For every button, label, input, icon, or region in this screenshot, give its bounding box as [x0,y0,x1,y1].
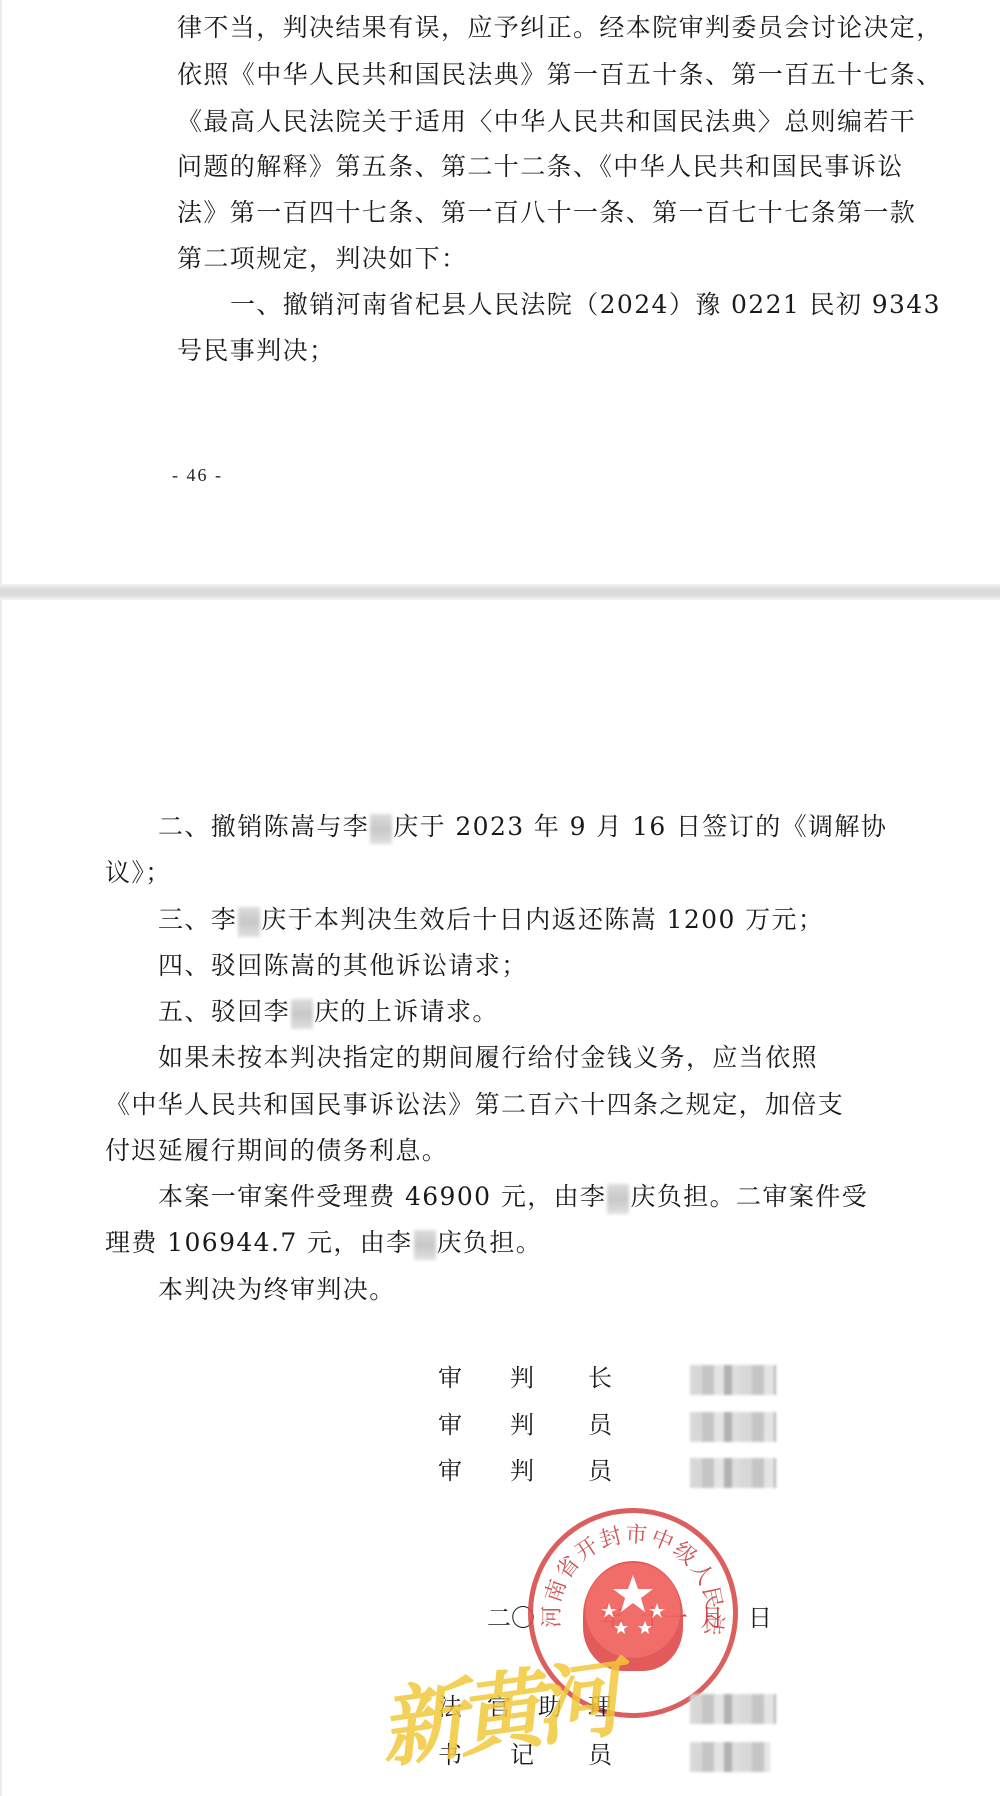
item-2-text-b: 庆于 2023 年 9 月 16 日签订的《调解协 [393,812,887,841]
text-line: 《最高人民法院关于适用〈中华人民共和国民法典〉总则编若干 [177,107,916,137]
redacted-signature-name [690,1742,770,1772]
fees-text-d: 庆负担。 [437,1228,543,1257]
redacted-name [291,999,313,1029]
redacted-signature-name [690,1458,776,1488]
title-char: 员 [588,1456,612,1486]
judgment-date: 二〇 年 十一 月 日 [0,1603,1000,1633]
seal-text: 河南省开封市中级人民法院 [533,1513,727,1638]
date-part: 日 [748,1603,772,1633]
title-char: 审 [438,1456,462,1486]
judgment-item-2-cont: 议》； [105,858,172,888]
title-char: 审 [438,1363,462,1393]
page-separator [0,584,1000,600]
judgment-item-4: 四、驳回陈嵩的其他诉讼请求； [158,951,528,981]
signature-judge-2: 审 判 员 [0,1456,1000,1486]
redacted-name [414,1230,436,1260]
svg-text:河南省开封市中级人民法院: 河南省开封市中级人民法院 [533,1513,727,1638]
fees-text-b: 庆负担。二审案件受 [630,1182,868,1211]
document-page-46: 律不当，判决结果有误，应予纠正。经本院审判委员会讨论决定， 依照《中华人民共和国… [0,0,1000,584]
redacted-signature-name [690,1412,776,1442]
judgment-item-2: 二、撤销陈嵩与李庆于 2023 年 9 月 16 日签订的《调解协 [158,812,887,844]
fees-text-c: 理费 106944.7 元，由李 [105,1228,413,1257]
redacted-name [607,1184,629,1214]
item-3-text-b: 庆于本判决生效后十日内返还陈嵩 1200 万元； [261,905,824,934]
final-judgment-statement: 本判决为终审判决。 [158,1275,396,1305]
item-3-text-a: 三、李 [158,905,237,934]
judgment-item-1-cont: 号民事判决； [177,336,335,366]
judgment-item-5: 五、驳回李庆的上诉请求。 [158,997,499,1029]
title-char: 长 [588,1363,612,1393]
text-line: 律不当，判决结果有误，应予纠正。经本院审判委员会讨论决定， [177,13,943,43]
text-line: 问题的解释》第五条、第二十二条、《中华人民共和国民事诉讼 [177,152,904,182]
item-2-text-a: 二、撤销陈嵩与李 [158,812,369,841]
title-char: 审 [438,1410,462,1440]
text-line: 法》第一百四十七条、第一百八十一条、第一百七十七条第一款 [177,198,916,228]
redacted-signature-name [690,1365,776,1395]
judgment-item-3: 三、李庆于本判决生效后十日内返还陈嵩 1200 万元； [158,905,824,937]
title-char: 判 [510,1456,534,1486]
judgment-item-1: 一、撤销河南省杞县人民法院（2024）豫 0221 民初 9343 [230,290,941,320]
signature-presiding-judge: 审 判 长 [0,1363,1000,1393]
fees-text-a: 本案一审案件受理费 46900 元，由李 [158,1182,606,1211]
signature-judge-1: 审 判 员 [0,1410,1000,1440]
page-number: - 46 - [172,465,223,486]
item-5-text-a: 五、驳回李 [158,997,290,1026]
redacted-name [238,907,260,937]
redacted-signature-name [690,1694,776,1724]
interest-clause-line-2: 《中华人民共和国民事诉讼法》第二百六十四条之规定，加倍支 [105,1090,844,1120]
interest-clause-line-1: 如果未按本判决指定的期间履行给付金钱义务，应当依照 [158,1043,818,1073]
fees-line-1: 本案一审案件受理费 46900 元，由李庆负担。二审案件受 [158,1182,868,1214]
fees-line-2: 理费 106944.7 元，由李庆负担。 [105,1228,542,1260]
text-line: 第二项规定，判决如下： [177,244,467,274]
text-line: 依照《中华人民共和国民法典》第一百五十条、第一百五十七条、 [177,60,943,90]
title-char: 判 [510,1410,534,1440]
interest-clause-line-3: 付迟延履行期间的债务利息。 [105,1136,448,1166]
title-char: 判 [510,1363,534,1393]
title-char: 员 [588,1410,612,1440]
redacted-name [370,814,392,844]
item-5-text-b: 庆的上诉请求。 [314,997,499,1026]
